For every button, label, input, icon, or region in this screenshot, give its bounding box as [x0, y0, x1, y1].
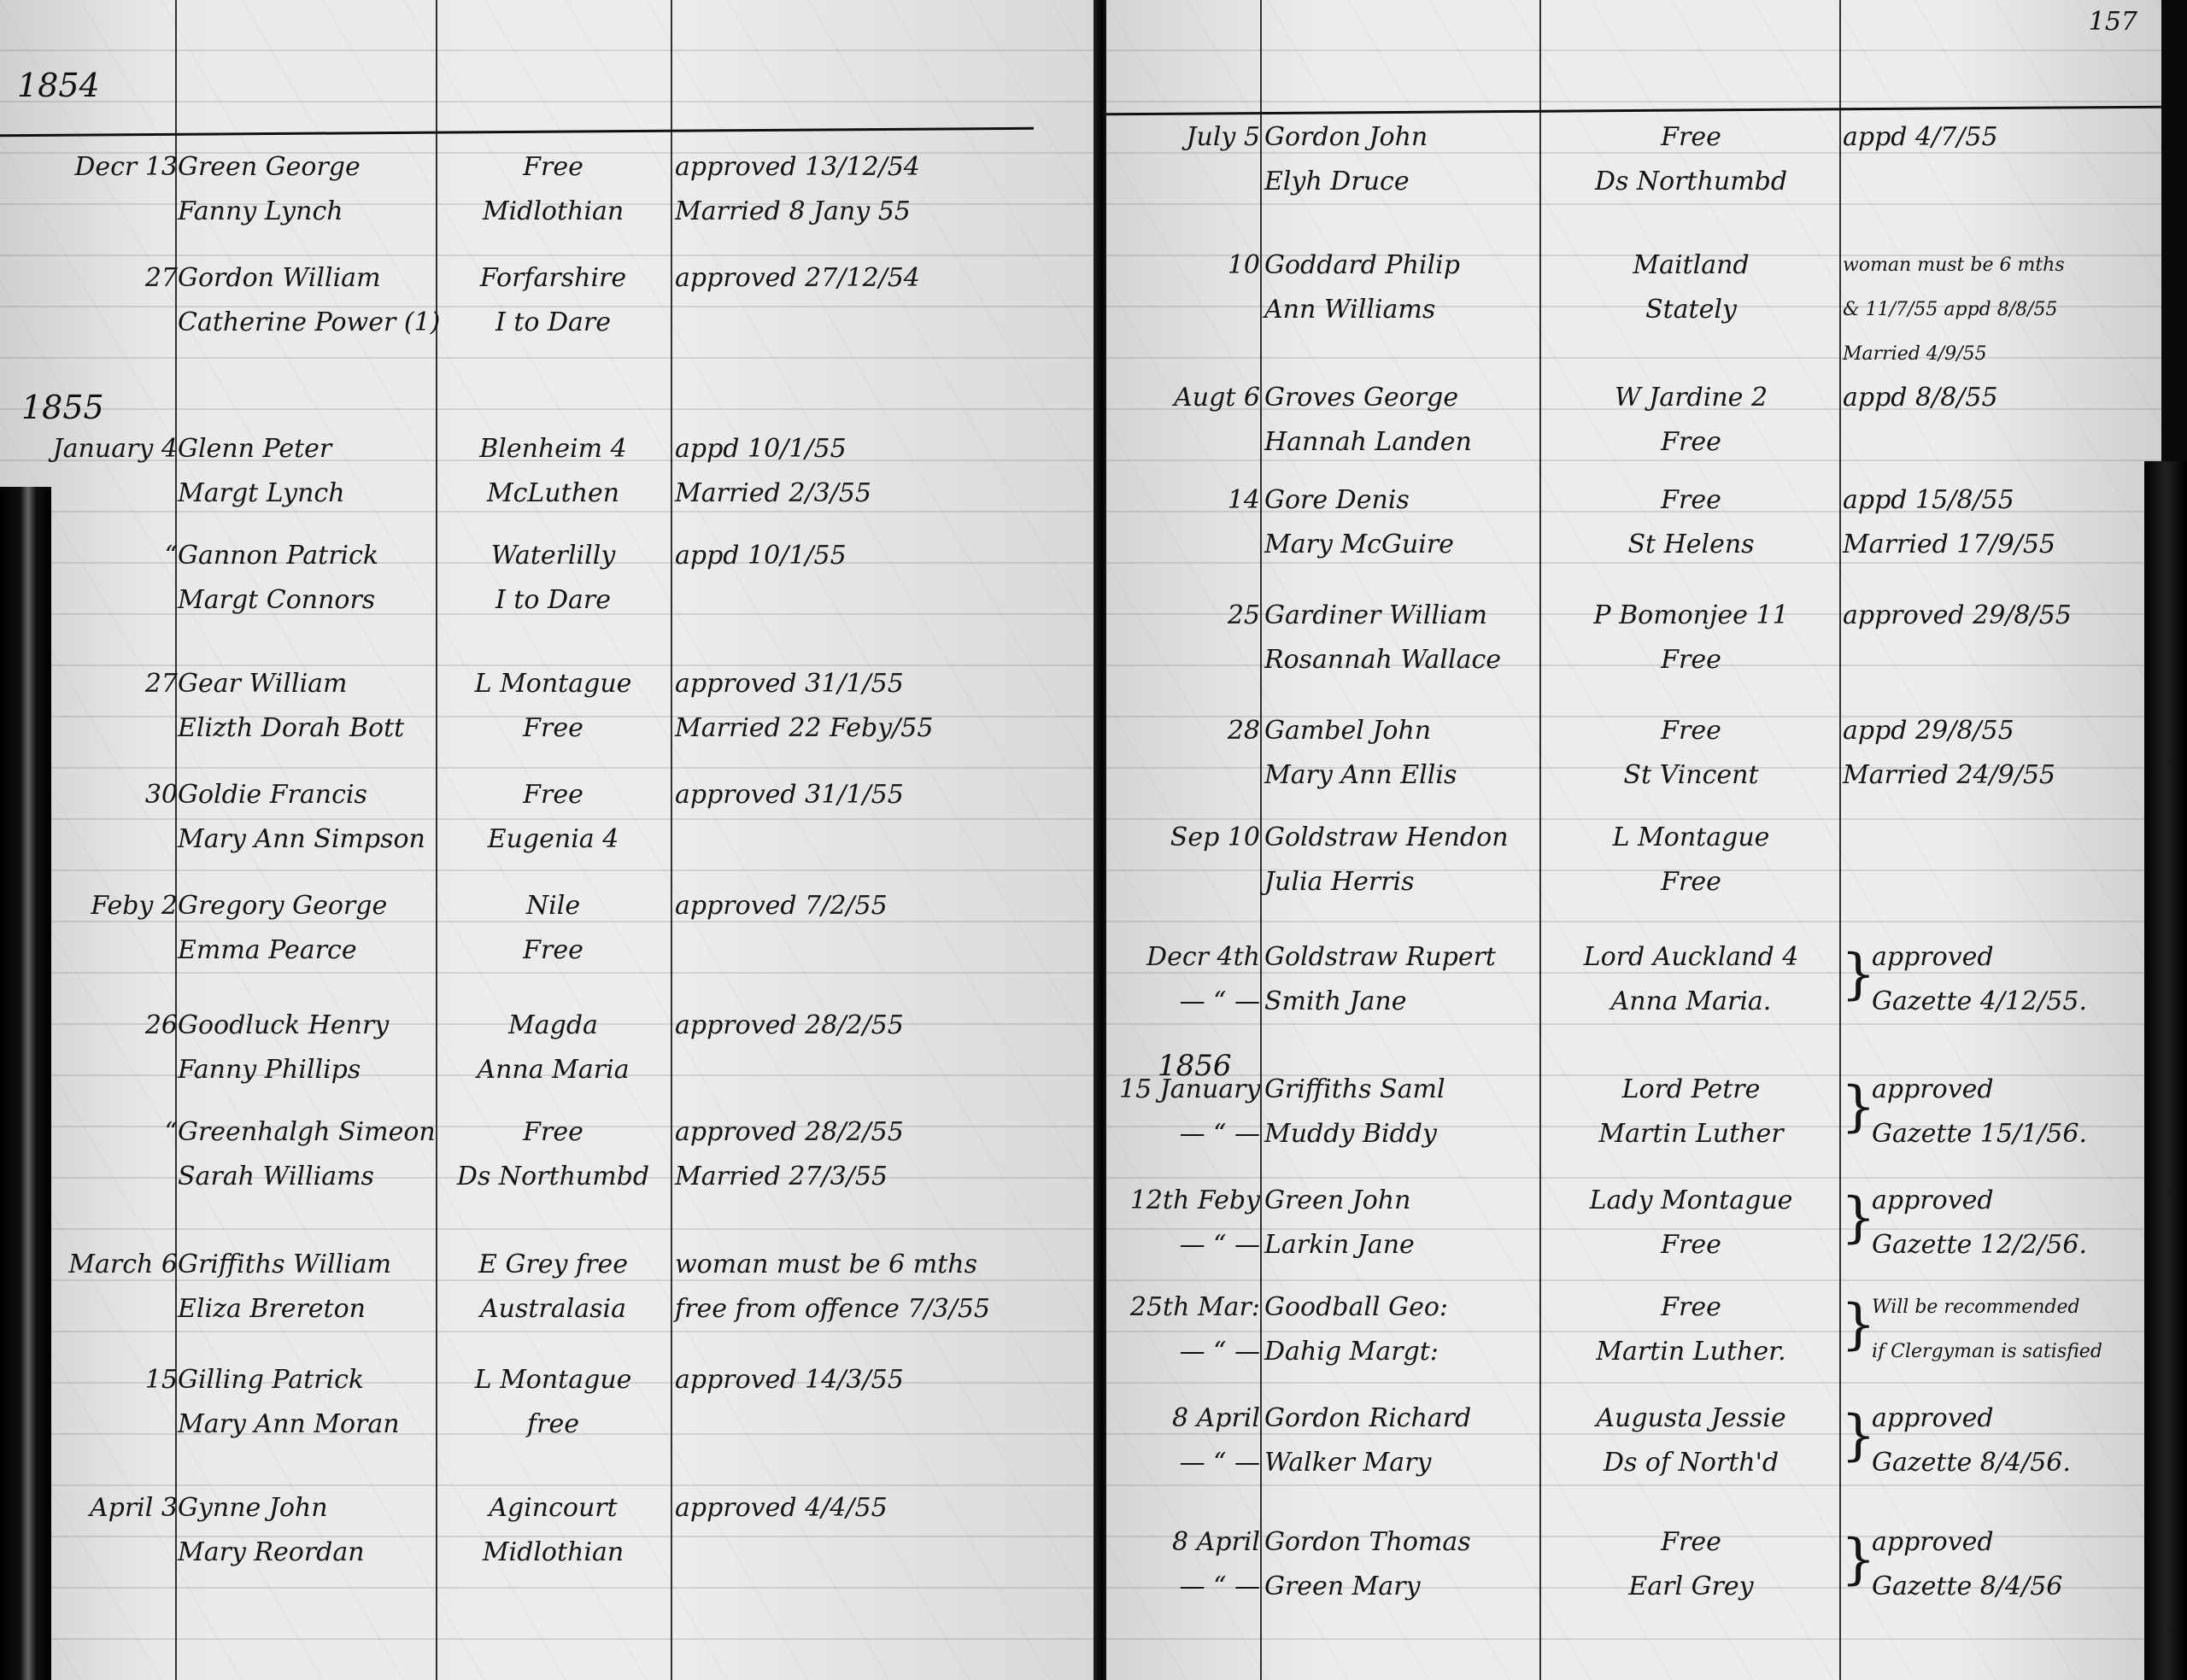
entry-names: Gordon JohnElyh Druce [1264, 115, 1538, 204]
ledger-spread: 1854 1855 Decr 13 Green GeorgeFanny Lync… [0, 0, 2187, 1680]
register-entry: March 6 Griffiths WilliamEliza Brereton … [0, 1243, 1098, 1345]
entry-date: 8 April— “ — [1119, 1520, 1260, 1609]
entry-date: 27 [7, 256, 178, 301]
entry-remarks: appd 10/1/55Married 2/3/55 [675, 427, 1076, 516]
entry-names: Goddard PhilipAnn Williams [1264, 243, 1538, 332]
entry-ship-origin: FreeDs Northumbd [440, 1110, 666, 1199]
entry-ship-origin: FreeEarl Grey [1544, 1520, 1838, 1609]
entry-date: 25 [1119, 594, 1260, 638]
entry-names: Gear WilliamElizth Dorah Bott [178, 662, 434, 751]
entry-ship-origin: Lady MontagueFree [1544, 1179, 1838, 1267]
entry-date: 15 January— “ — [1119, 1068, 1260, 1156]
entry-remarks: appd 29/8/55Married 24/9/55 [1843, 709, 2150, 798]
entry-ship-origin: ForfarshireI to Dare [440, 256, 666, 345]
entry-names: Gardiner WilliamRosannah Wallace [1264, 594, 1538, 682]
entry-remarks: approved 31/1/55 [675, 773, 1076, 817]
binding-edge [2144, 461, 2187, 1680]
entry-remarks: approvedGazette 8/4/56. } [1843, 1396, 2161, 1485]
entry-date: 8 April— “ — [1119, 1396, 1260, 1485]
register-entry: “ Gannon PatrickMargt Connors Waterlilly… [0, 534, 1098, 636]
entry-ship-origin: L MontagueFree [440, 662, 666, 751]
entry-date: January 4 [7, 427, 178, 471]
entry-date: Sep 10 [1119, 816, 1260, 860]
entry-ship-origin: W Jardine 2Free [1544, 376, 1838, 465]
entry-names: Gambel JohnMary Ann Ellis [1264, 709, 1538, 798]
register-entry: July 5 Gordon JohnElyh Druce FreeDs Nort… [1106, 115, 2161, 218]
entry-names: Griffiths SamlMuddy Biddy [1264, 1068, 1538, 1156]
register-entry: 10 Goddard PhilipAnn Williams MaitlandSt… [1106, 243, 2161, 346]
entry-date: 25th Mar:— “ — [1119, 1285, 1260, 1374]
entry-date: 28 [1119, 709, 1260, 753]
entry-remarks: approved 29/8/55 [1843, 594, 2150, 638]
brace-icon: } [1841, 1080, 1876, 1134]
brace-icon: } [1841, 947, 1876, 1002]
register-entry: 28 Gambel JohnMary Ann Ellis FreeSt Vinc… [1106, 709, 2161, 811]
entry-names: Goldstraw HendonJulia Herris [1264, 816, 1538, 904]
entry-names: Gordon RichardWalker Mary [1264, 1396, 1538, 1485]
register-entry: Augt 6 Groves GeorgeHannah Landen W Jard… [1106, 376, 2161, 478]
entry-remarks: approved 7/2/55 [675, 884, 1076, 928]
header-rule [1106, 106, 2161, 116]
entry-remarks: approved 28/2/55Married 27/3/55 [675, 1110, 1076, 1199]
entry-remarks: Will be recommendedif Clergyman is satis… [1843, 1285, 2161, 1374]
entry-ship-origin: L Montaguefree [440, 1358, 666, 1447]
register-entry: April 3 Gynne JohnMary Reordan Agincourt… [0, 1486, 1098, 1589]
entry-date: Augt 6 [1119, 376, 1260, 420]
entry-names: Goodball Geo:Dahig Margt: [1264, 1285, 1538, 1374]
entry-date: Decr 4th— “ — [1119, 935, 1260, 1024]
register-entry: 25th Mar:— “ — Goodball Geo:Dahig Margt:… [1106, 1285, 2161, 1388]
entry-remarks: approved 14/3/55 [675, 1358, 1076, 1402]
brace-icon: } [1841, 1532, 1876, 1587]
register-entry: 12th Feby— “ — Green JohnLarkin Jane Lad… [1106, 1179, 2161, 1281]
right-page: 157 1856 July 5 Gordon JohnElyh Druce Fr… [1106, 0, 2161, 1680]
register-entry: 14 Gore DenisMary McGuire FreeSt Helens … [1106, 478, 2161, 581]
entry-names: Goldie FrancisMary Ann Simpson [178, 773, 434, 862]
entry-ship-origin: Blenheim 4McLuthen [440, 427, 666, 516]
entry-ship-origin: Lord Auckland 4Anna Maria. [1544, 935, 1838, 1024]
entry-remarks: approved 28/2/55 [675, 1004, 1076, 1048]
register-entry: Sep 10 Goldstraw HendonJulia Herris L Mo… [1106, 816, 2161, 918]
entry-date: July 5 [1119, 115, 1260, 160]
brace-icon: } [1841, 1297, 1876, 1352]
entry-ship-origin: MaitlandStately [1544, 243, 1838, 332]
entry-remarks: woman must be 6 mthsfree from offence 7/… [675, 1243, 1076, 1332]
header-rule [0, 127, 1034, 137]
year-heading: 1854 [17, 67, 100, 104]
entry-names: Groves GeorgeHannah Landen [1264, 376, 1538, 465]
entry-remarks: approved 31/1/55Married 22 Feby/55 [675, 662, 1076, 751]
entry-remarks: approved 13/12/54Married 8 Jany 55 [675, 145, 1076, 234]
register-entry: 8 April— “ — Gordon RichardWalker Mary A… [1106, 1396, 2161, 1499]
entry-names: Green JohnLarkin Jane [1264, 1179, 1538, 1267]
entry-ship-origin: Augusta JessieDs of North'd [1544, 1396, 1838, 1485]
entry-names: Goldstraw RupertSmith Jane [1264, 935, 1538, 1024]
register-entry: January 4 Glenn PeterMargt Lynch Blenhei… [0, 427, 1098, 530]
register-entry: 25 Gardiner WilliamRosannah Wallace P Bo… [1106, 594, 2161, 696]
entry-ship-origin: WaterlillyI to Dare [440, 534, 666, 623]
entry-date: 14 [1119, 478, 1260, 523]
entry-ship-origin: E Grey freeAustralasia [440, 1243, 666, 1332]
entry-ship-origin: FreeSt Helens [1544, 478, 1838, 567]
entry-remarks: appd 10/1/55 [675, 534, 1076, 578]
entry-remarks: approvedGazette 15/1/56. } [1843, 1068, 2161, 1156]
brace-icon: } [1841, 1191, 1876, 1245]
entry-names: Gannon PatrickMargt Connors [178, 534, 434, 623]
entry-names: Gynne JohnMary Reordan [178, 1486, 434, 1575]
register-entry: 15 Gilling PatrickMary Ann Moran L Monta… [0, 1358, 1098, 1460]
entry-ship-origin: FreeMartin Luther. [1544, 1285, 1838, 1374]
register-entry: “ Greenhalgh SimeonSarah Williams FreeDs… [0, 1110, 1098, 1213]
entry-remarks: appd 4/7/55 [1843, 115, 2150, 160]
entry-remarks: approvedGazette 12/2/56. } [1843, 1179, 2161, 1267]
entry-remarks: woman must be 6 mths& 11/7/55 appd 8/8/5… [1843, 243, 2150, 377]
entry-names: Gilling PatrickMary Ann Moran [178, 1358, 434, 1447]
year-heading: 1855 [21, 389, 104, 426]
entry-names: Gordon WilliamCatherine Power (1) [178, 256, 434, 345]
register-entry: Decr 13 Green GeorgeFanny Lynch FreeMidl… [0, 145, 1098, 248]
entry-names: Gregory GeorgeEmma Pearce [178, 884, 434, 973]
page-number: 157 [2089, 7, 2137, 37]
entry-ship-origin: NileFree [440, 884, 666, 973]
entry-remarks: approvedGazette 8/4/56 } [1843, 1520, 2161, 1609]
brace-icon: } [1841, 1408, 1876, 1463]
entry-names: Green GeorgeFanny Lynch [178, 145, 434, 234]
register-entry: 8 April— “ — Gordon ThomasGreen Mary Fre… [1106, 1520, 2161, 1623]
entry-names: Greenhalgh SimeonSarah Williams [178, 1110, 434, 1199]
register-entry: 27 Gordon WilliamCatherine Power (1) For… [0, 256, 1098, 359]
entry-names: Goodluck HenryFanny Phillips [178, 1004, 434, 1092]
entry-remarks: approved 4/4/55 [675, 1486, 1076, 1531]
entry-remarks: approvedGazette 4/12/55. } [1843, 935, 2161, 1024]
binding-edge [0, 487, 51, 1680]
entry-date: 12th Feby— “ — [1119, 1179, 1260, 1267]
entry-ship-origin: FreeEugenia 4 [440, 773, 666, 862]
entry-date: 10 [1119, 243, 1260, 288]
entry-ship-origin: FreeMidlothian [440, 145, 666, 234]
entry-names: Gordon ThomasGreen Mary [1264, 1520, 1538, 1609]
register-entry: 30 Goldie FrancisMary Ann Simpson FreeEu… [0, 773, 1098, 875]
register-entry: Decr 4th— “ — Goldstraw RupertSmith Jane… [1106, 935, 2161, 1038]
register-entry: 26 Goodluck HenryFanny Phillips MagdaAnn… [0, 1004, 1098, 1106]
entry-date: Decr 13 [7, 145, 178, 190]
entry-remarks: appd 15/8/55Married 17/9/55 [1843, 478, 2150, 567]
entry-ship-origin: MagdaAnna Maria [440, 1004, 666, 1092]
register-entry: 15 January— “ — Griffiths SamlMuddy Bidd… [1106, 1068, 2161, 1170]
entry-remarks: approved 27/12/54 [675, 256, 1076, 301]
register-entry: Feby 2 Gregory GeorgeEmma Pearce NileFre… [0, 884, 1098, 986]
entry-ship-origin: Lord PetreMartin Luther [1544, 1068, 1838, 1156]
entry-ship-origin: FreeSt Vincent [1544, 709, 1838, 798]
entry-ship-origin: AgincourtMidlothian [440, 1486, 666, 1575]
entry-names: Griffiths WilliamEliza Brereton [178, 1243, 434, 1332]
left-page: 1854 1855 Decr 13 Green GeorgeFanny Lync… [0, 0, 1098, 1680]
entry-ship-origin: L MontagueFree [1544, 816, 1838, 904]
entry-ship-origin: FreeDs Northumbd [1544, 115, 1838, 204]
entry-names: Gore DenisMary McGuire [1264, 478, 1538, 567]
entry-remarks: appd 8/8/55 [1843, 376, 2150, 420]
entry-ship-origin: P Bomonjee 11Free [1544, 594, 1838, 682]
entry-names: Glenn PeterMargt Lynch [178, 427, 434, 516]
register-entry: 27 Gear WilliamElizth Dorah Bott L Monta… [0, 662, 1098, 764]
